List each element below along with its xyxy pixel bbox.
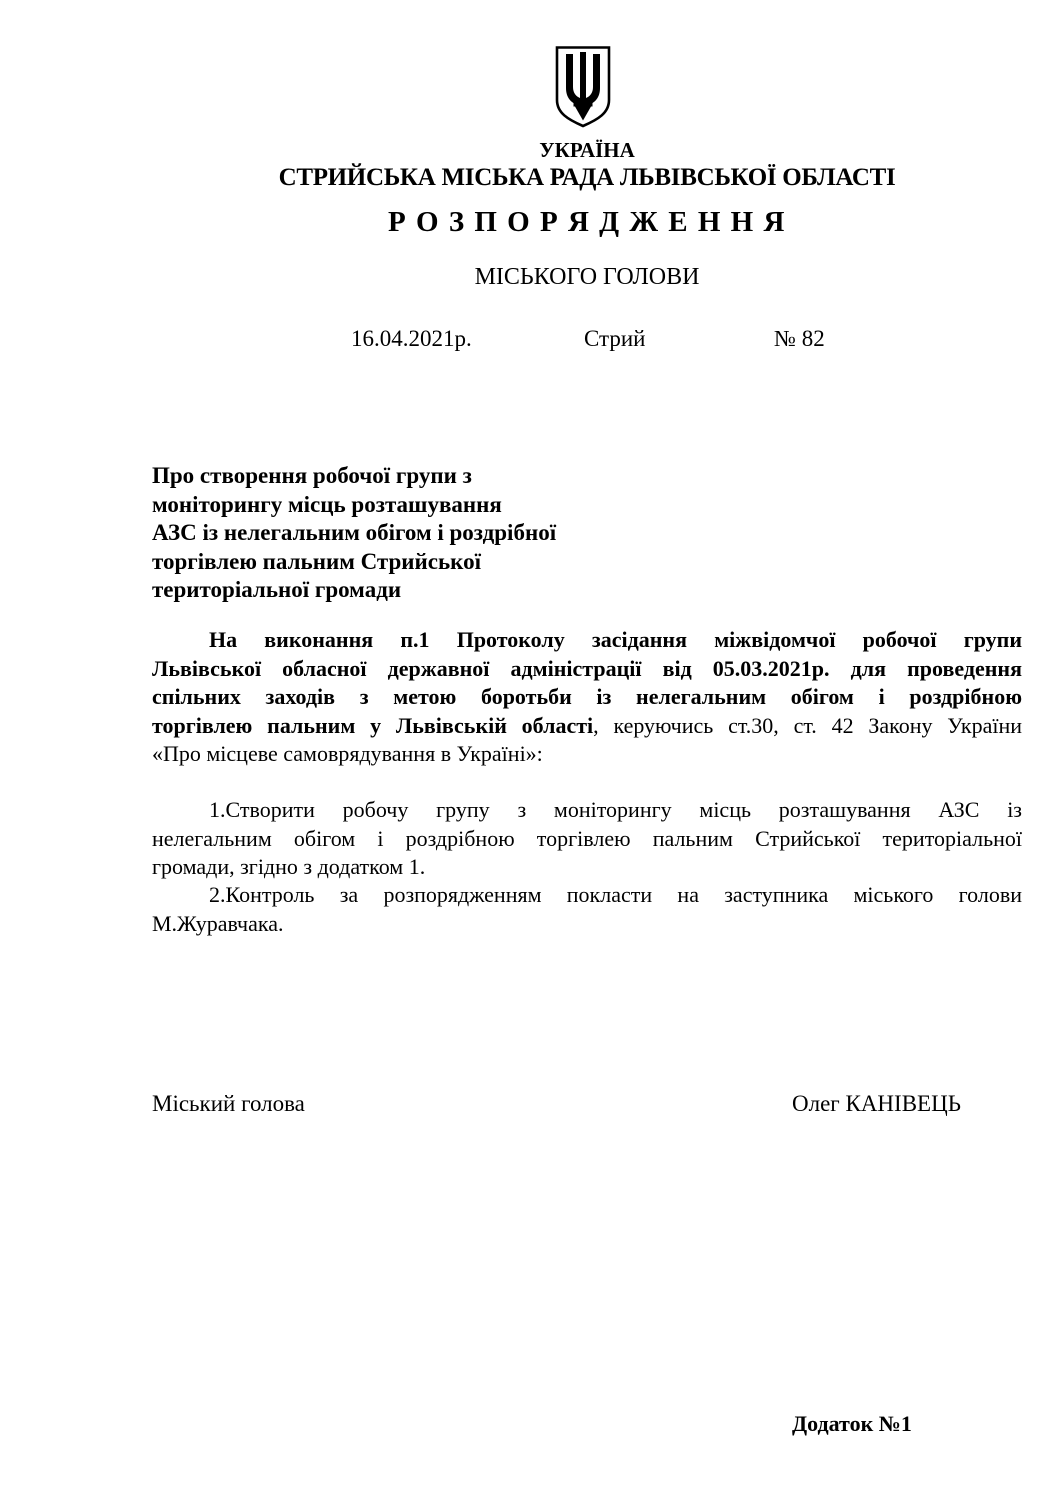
text-line: Львівської обласної державної адміністра…: [152, 655, 1022, 684]
country-name: УКРАЇНА: [152, 138, 1022, 163]
text-line: АЗС із нелегальним обігом і роздрібної: [152, 519, 752, 548]
text-line: торгівлею пальним Стрийської: [152, 548, 752, 577]
bold-text-run: Львівської обласної державної адміністра…: [152, 656, 1022, 681]
text-run: громади, згідно з додатком 1.: [152, 854, 425, 879]
signatory-position: Міський голова: [152, 1091, 305, 1117]
document-meta-row: 16.04.2021р. Стрий № 82: [0, 326, 1058, 356]
text-line: На виконання п.1 Протоколу засідання між…: [152, 626, 1022, 655]
issuing-authority-title: СТРИЙСЬКА МІСЬКА РАДА ЛЬВІВСЬКОЇ ОБЛАСТІ: [152, 164, 1022, 192]
bold-text-run: торгівлею пальним у Львівській області: [152, 713, 593, 738]
issuer-subtitle: МІСЬКОГО ГОЛОВИ: [152, 264, 1022, 291]
text-line: громади, згідно з додатком 1.: [152, 853, 1022, 882]
attachment-label: Додаток №1: [792, 1411, 912, 1437]
text-line: нелегальним обігом і роздрібною торгівле…: [152, 825, 1022, 854]
text-line: спільних заходів з метою боротьби із нел…: [152, 683, 1022, 712]
paragraph-item-1: 1.Створити робочу групу з моніторингу мі…: [152, 796, 1022, 882]
text-line: М.Журавчака.: [152, 910, 1022, 939]
subject-block: Про створення робочої групи змоніторингу…: [152, 462, 752, 605]
document-number: № 82: [774, 326, 825, 352]
text-line: 2.Контроль за розпорядженням покласти на…: [152, 881, 1022, 910]
text-run: 1.Створити робочу групу з моніторингу мі…: [209, 797, 1022, 822]
text-run: «Про місцеве самоврядування в Україні»:: [152, 741, 543, 766]
ukraine-coat-of-arms-icon: [554, 45, 612, 129]
text-line: торгівлею пальним у Львівській області, …: [152, 712, 1022, 741]
text-run: 2.Контроль за розпорядженням покласти на…: [209, 882, 1022, 907]
document-place: Стрий: [584, 326, 646, 352]
signatory-name: Олег КАНІВЕЦЬ: [792, 1091, 961, 1117]
document-date: 16.04.2021р.: [351, 326, 472, 352]
text-line: «Про місцеве самоврядування в Україні»:: [152, 740, 1022, 769]
document-page: УКРАЇНА СТРИЙСЬКА МІСЬКА РАДА ЛЬВІВСЬКОЇ…: [0, 0, 1058, 1497]
text-line: моніторингу місць розташування: [152, 491, 752, 520]
document-type-title: Р О З П О Р Я Д Ж Е Н Н Я: [152, 206, 1022, 239]
text-run: , керуючись ст.30, ст. 42 Закону України: [593, 713, 1022, 738]
bold-text-run: спільних заходів з метою боротьби із нел…: [152, 684, 1022, 709]
text-line: Про створення робочої групи з: [152, 462, 752, 491]
paragraph-intro: На виконання п.1 Протоколу засідання між…: [152, 626, 1022, 769]
text-run: М.Журавчака.: [152, 911, 283, 936]
text-line: 1.Створити робочу групу з моніторингу мі…: [152, 796, 1022, 825]
paragraph-item-2: 2.Контроль за розпорядженням покласти на…: [152, 881, 1022, 938]
text-line: територіальної громади: [152, 576, 752, 605]
bold-text-run: На виконання п.1 Протоколу засідання між…: [209, 627, 1022, 652]
text-run: нелегальним обігом і роздрібною торгівле…: [152, 826, 1022, 851]
